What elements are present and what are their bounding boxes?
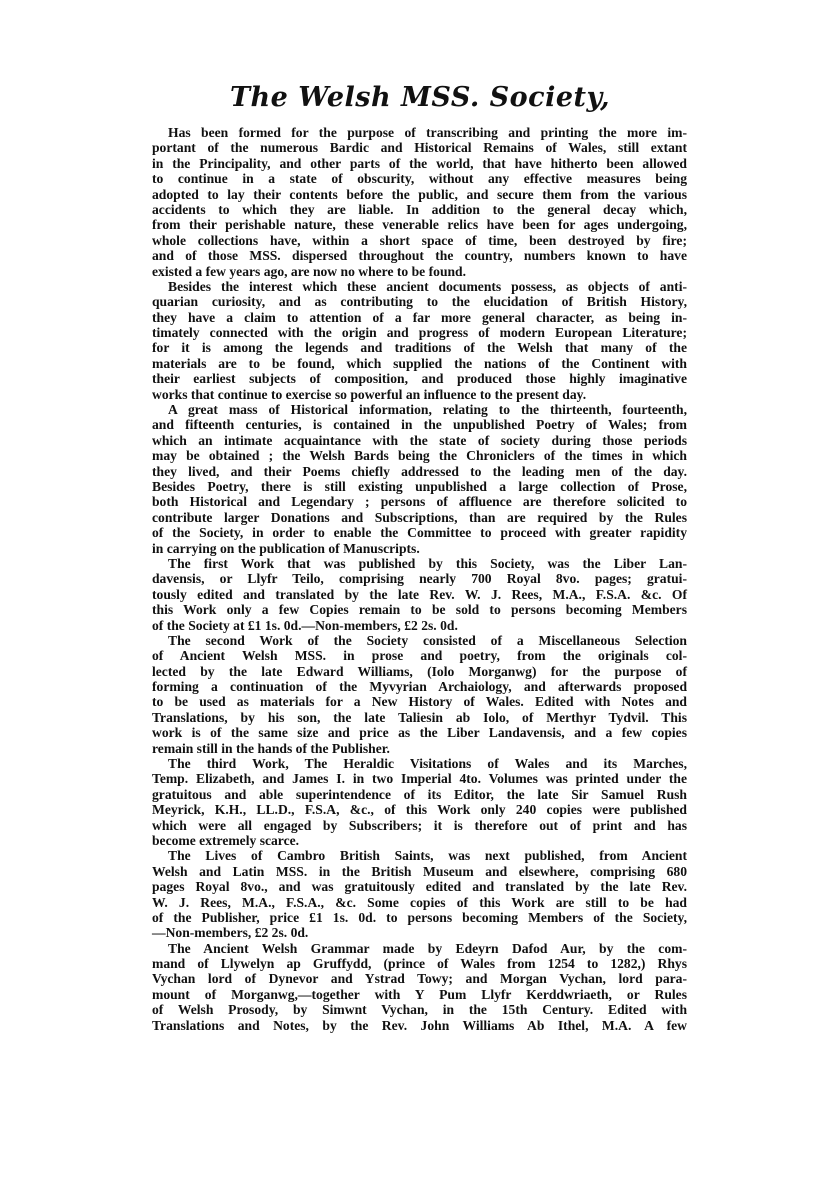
text-line: from their perishable nature, these vene… <box>152 217 687 232</box>
text-line: Welsh and Latin MSS. in the British Muse… <box>152 864 687 879</box>
page-title: The Welsh MSS. Society, <box>150 82 690 118</box>
text-line: adopted to lay their contents before the… <box>152 187 687 202</box>
paragraph: The Ancient Welsh Grammar made by Edeyrn… <box>152 941 687 1033</box>
text-line: Translations and Notes, by the Rev. John… <box>152 1018 687 1033</box>
text-line: W. J. Rees, M.A., F.S.A., &c. Some copie… <box>152 895 687 910</box>
text-line: Translations, by his son, the late Talie… <box>152 710 687 725</box>
text-line: which an intimate acquaintance with the … <box>152 433 687 448</box>
document-body: Has been formed for the purpose of trans… <box>152 125 687 1033</box>
text-line: of Ancient Welsh MSS. in prose and poetr… <box>152 648 687 663</box>
text-line: this Work only a few Copies remain to be… <box>152 602 687 617</box>
text-line: Has been formed for the purpose of trans… <box>152 125 687 140</box>
text-line: The third Work, The Heraldic Visitations… <box>152 756 687 771</box>
text-line: their earliest subjects of composition, … <box>152 371 687 386</box>
text-line: forming a continuation of the Myvyrian A… <box>152 679 687 694</box>
text-line: remain still in the hands of the Publish… <box>152 741 687 756</box>
text-line: quarian curiosity, and as contributing t… <box>152 294 687 309</box>
text-line: of Welsh Prosody, by Simwnt Vychan, in t… <box>152 1002 687 1017</box>
text-line: they lived, and their Poems chiefly addr… <box>152 464 687 479</box>
text-line: of the Publisher, price £1 1s. 0d. to pe… <box>152 910 687 925</box>
text-line: mount of Morganwg,—together with Y Pum L… <box>152 987 687 1002</box>
text-line: and of those MSS. dispersed throughout t… <box>152 248 687 263</box>
text-line: tously edited and translated by the late… <box>152 587 687 602</box>
text-line: of the Society, in order to enable the C… <box>152 525 687 540</box>
text-line: of the Society at £1 1s. 0d.—Non-members… <box>152 618 687 633</box>
text-line: gratuitous and able superintendence of i… <box>152 787 687 802</box>
text-line: The first Work that was published by thi… <box>152 556 687 571</box>
paragraph: The first Work that was published by thi… <box>152 556 687 633</box>
document-page: The Welsh MSS. Society, Has been formed … <box>0 0 840 1191</box>
text-line: The Ancient Welsh Grammar made by Edeyrn… <box>152 941 687 956</box>
paragraph: A great mass of Historical information, … <box>152 402 687 556</box>
text-line: for it is among the legends and traditio… <box>152 340 687 355</box>
paragraph: Has been formed for the purpose of trans… <box>152 125 687 279</box>
text-line: pages Royal 8vo., and was gratuitously e… <box>152 879 687 894</box>
text-line: mand of Llywelyn ap Gruffydd, (prince of… <box>152 956 687 971</box>
paragraph: The Lives of Cambro British Saints, was … <box>152 848 687 940</box>
paragraph: The third Work, The Heraldic Visitations… <box>152 756 687 848</box>
text-line: The second Work of the Society consisted… <box>152 633 687 648</box>
text-line: whole collections have, within a short s… <box>152 233 687 248</box>
text-line: A great mass of Historical information, … <box>152 402 687 417</box>
text-line: in the Principality, and other parts of … <box>152 156 687 171</box>
text-line: both Historical and Legendary ; persons … <box>152 494 687 509</box>
text-line: may be obtained ; the Welsh Bards being … <box>152 448 687 463</box>
text-line: to be used as materials for a New Histor… <box>152 694 687 709</box>
text-line: existed a few years ago, are now no wher… <box>152 264 687 279</box>
text-line: work is of the same size and price as th… <box>152 725 687 740</box>
text-line: become extremely scarce. <box>152 833 687 848</box>
text-line: —Non-members, £2 2s. 0d. <box>152 925 687 940</box>
text-line: which were all engaged by Subscribers; i… <box>152 818 687 833</box>
text-line: lected by the late Edward Williams, (Iol… <box>152 664 687 679</box>
text-line: Besides Poetry, there is still existing … <box>152 479 687 494</box>
text-line: Meyrick, K.H., LL.D., F.S.A, &c., of thi… <box>152 802 687 817</box>
text-line: portant of the numerous Bardic and Histo… <box>152 140 687 155</box>
paragraph: Besides the interest which these ancient… <box>152 279 687 402</box>
text-line: davensis, or Llyfr Teilo, comprising nea… <box>152 571 687 586</box>
text-line: The Lives of Cambro British Saints, was … <box>152 848 687 863</box>
text-line: works that continue to exercise so power… <box>152 387 687 402</box>
text-line: Temp. Elizabeth, and James I. in two Imp… <box>152 771 687 786</box>
text-line: timately connected with the origin and p… <box>152 325 687 340</box>
text-line: Vychan lord of Dynevor and Ystrad Towy; … <box>152 971 687 986</box>
text-line: contribute larger Donations and Subscrip… <box>152 510 687 525</box>
text-line: Besides the interest which these ancient… <box>152 279 687 294</box>
text-line: to continue in a state of obscurity, wit… <box>152 171 687 186</box>
text-line: materials are to be found, which supplie… <box>152 356 687 371</box>
paragraph: The second Work of the Society consisted… <box>152 633 687 756</box>
text-line: and fifteenth centuries, is contained in… <box>152 417 687 432</box>
text-line: accidents to which they are liable. In a… <box>152 202 687 217</box>
text-line: they have a claim to attention of a far … <box>152 310 687 325</box>
text-line: in carrying on the publication of Manusc… <box>152 541 687 556</box>
